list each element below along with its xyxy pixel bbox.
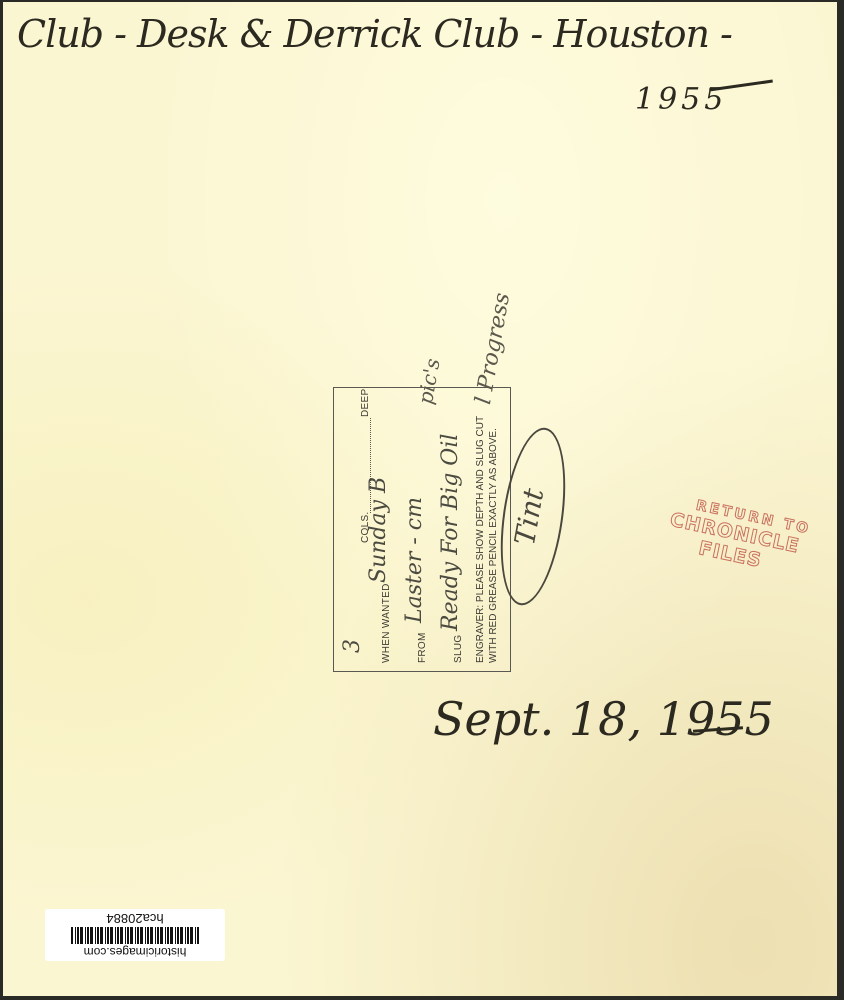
when-wanted-label: WHEN WANTED bbox=[381, 583, 392, 663]
slug-value: Ready For Big Oil bbox=[438, 434, 463, 631]
barcode-id: historicimages.com bbox=[45, 945, 225, 959]
photo-back-paper: Club - Desk & Derrick Club - Houston - 1… bbox=[3, 2, 837, 996]
when-wanted-value: Sunday B bbox=[366, 477, 391, 583]
instruction-slip: 3 COLS. DEEP WHEN WANTED Sunday B FROM L… bbox=[333, 387, 511, 672]
from-value: Laster - cm bbox=[402, 497, 427, 623]
from-row: FROM Laster - cm bbox=[416, 394, 428, 663]
cols-value: 3 bbox=[340, 639, 365, 653]
barcode-label: historicimages.com hca20884 bbox=[45, 909, 225, 961]
from-label: FROM bbox=[417, 632, 428, 663]
handwritten-date: Sept. 18, 1955 bbox=[433, 692, 774, 746]
engraver-note: ENGRAVER: PLEASE SHOW DEPTH AND SLUG CUT… bbox=[474, 394, 500, 663]
deep-label: DEEP bbox=[360, 389, 371, 417]
slug-row: SLUG Ready For Big Oil bbox=[452, 394, 464, 663]
return-stamp: RETURN TO CHRONICLE FILES bbox=[636, 487, 833, 585]
barcode-icon bbox=[71, 927, 199, 944]
handwritten-title: Club - Desk & Derrick Club - Houston - bbox=[17, 12, 732, 56]
barcode-site: hca20884 bbox=[45, 911, 225, 926]
when-wanted-row: WHEN WANTED Sunday B bbox=[380, 394, 392, 663]
slug-label: SLUG bbox=[453, 635, 464, 663]
